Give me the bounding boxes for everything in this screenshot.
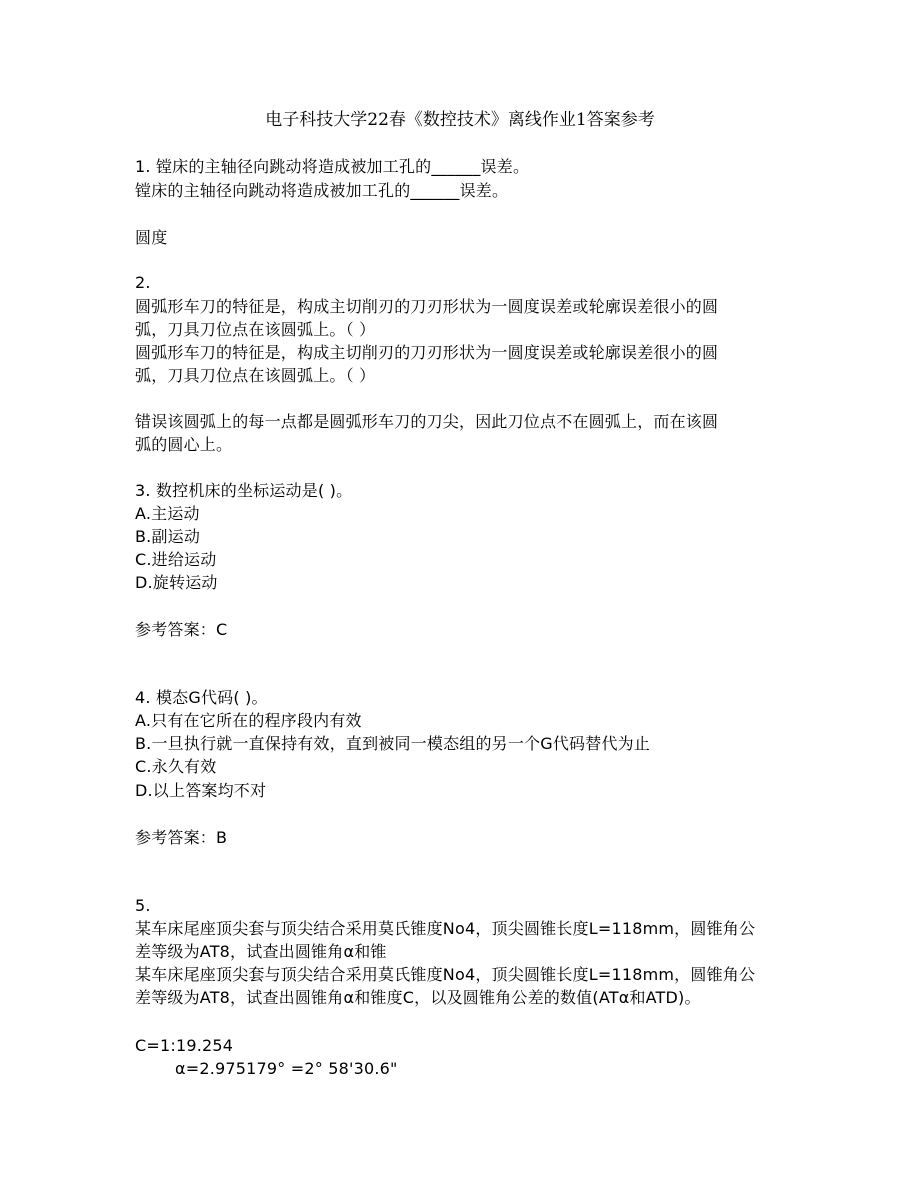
question-3-option-d: D.旋转运动 <box>135 571 218 594</box>
question-5-body-line: 差等级为AT8，试查出圆锥角α和锥度C，以及圆锥角公差的数值(ATα和ATD)。 <box>135 986 701 1009</box>
question-2-answer-line: 弧的圆心上。 <box>135 433 232 456</box>
document-title: 电子科技大学22春《数控技术》离线作业1答案参考 <box>0 108 920 132</box>
question-5-answer-taper: C=1:19.254 <box>135 1034 233 1057</box>
question-3-option-a: A.主运动 <box>135 502 200 525</box>
question-5-number: 5. <box>135 894 151 917</box>
question-5-body-line: 某车床尾座顶尖套与顶尖结合采用莫氏锥度No4，顶尖圆锥长度L=118mm，圆锥角… <box>135 917 755 940</box>
document-page: 电子科技大学22春《数控技术》离线作业1答案参考 1. 镗床的主轴径向跳动将造成… <box>0 0 920 1191</box>
question-4-prompt: 4. 模态G代码( )。 <box>135 686 268 709</box>
question-3-option-b: B.副运动 <box>135 525 200 548</box>
question-2-number: 2. <box>135 271 151 294</box>
question-2-body-line: 弧，刀具刀位点在该圆弧上。（ ） <box>135 364 375 387</box>
question-5-body-line: 差等级为AT8，试查出圆锥角α和锥 <box>135 940 387 963</box>
question-2-body-line: 圆弧形车刀的特征是，构成主切削刃的刀刃形状为一圆度误差或轮廓误差很小的圆 <box>135 341 718 364</box>
question-4-option-b: B.一旦执行就一直保持有效，直到被同一模态组的另一个G代码替代为止 <box>135 732 650 755</box>
question-1-answer: 圆度 <box>135 226 167 249</box>
question-3-answer: 参考答案：C <box>135 618 227 641</box>
question-4-option-a: A.只有在它所在的程序段内有效 <box>135 709 362 732</box>
question-4-option-c: C.永久有效 <box>135 755 216 778</box>
question-1-prompt: 1. 镗床的主轴径向跳动将造成被加工孔的______误差。 <box>135 155 529 178</box>
question-3-option-c: C.进给运动 <box>135 548 216 571</box>
question-4-option-d: D.以上答案均不对 <box>135 779 266 802</box>
question-2-answer-line: 错误该圆弧上的每一点都是圆弧形车刀的刀尖，因此刀位点不在圆弧上，而在该圆 <box>135 410 718 433</box>
question-5-body-line: 某车床尾座顶尖套与顶尖结合采用莫氏锥度No4，顶尖圆锥长度L=118mm，圆锥角… <box>135 963 755 986</box>
question-4-answer: 参考答案：B <box>135 826 227 849</box>
question-3-prompt: 3. 数控机床的坐标运动是( )。 <box>135 479 352 502</box>
question-2-body-line: 圆弧形车刀的特征是，构成主切削刃的刀刃形状为一圆度误差或轮廓误差很小的圆 <box>135 295 718 318</box>
question-2-body-line: 弧，刀具刀位点在该圆弧上。（ ） <box>135 318 375 341</box>
question-1-body: 镗床的主轴径向跳动将造成被加工孔的______误差。 <box>135 179 508 202</box>
question-5-answer-angle: α=2.975179° =2° 58'30.6" <box>175 1057 398 1080</box>
